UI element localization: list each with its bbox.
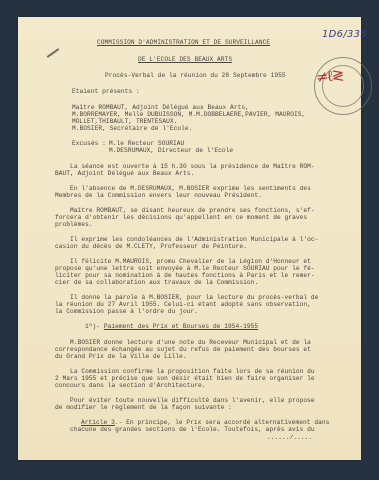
article-label: Article 3 (81, 419, 115, 426)
section-heading: 1º)- Paiement des Prix et Bourses de 195… (85, 324, 258, 331)
header-line-1: COMMISSION D'ADMINISTRATION ET DE SURVEI… (97, 40, 270, 47)
article-text: .- En principe, le Prix sera accordé alt… (115, 419, 330, 426)
excused-line: M.DESRUMAUX, Directeur de l'Ecole (109, 148, 233, 155)
paragraph-line: forcera d'obtenir les décisions qu'appel… (55, 215, 307, 222)
document-page: 1D6/335 ≠ℓ≷ COMMISSION D'ADMINISTRATION … (18, 17, 361, 460)
meeting-subtitle: Procès-Verbal de la réunion du 28 Septem… (105, 73, 286, 80)
page-continuation: ....../..... (267, 435, 312, 442)
excused-label: Excusés : (72, 141, 106, 148)
paragraph-line: casion du décès de M.CLETY, Professeur d… (55, 244, 247, 251)
article-line: chacune des grandes sections de l'Ecole.… (70, 427, 315, 434)
header-line-2: DE L'ECOLE DES BEAUX ARTS (138, 57, 232, 64)
section-title: Paiement des Prix et Bourses de 1954-195… (104, 323, 258, 330)
paragraph-line: BAUT, Adjoint Délégué aux Beaux Arts. (55, 171, 194, 178)
paragraph-line: cier de sa collaboration aux travaux de … (55, 280, 258, 287)
paragraph-line: la Commission passe à l'ordre du jour. (55, 309, 198, 316)
section-number: 1º)- (85, 323, 104, 330)
paragraph-line: de modifier le règlement de la façon sui… (55, 405, 232, 412)
paragraph-line: du Grand Prix de la Ville de Lille. (55, 354, 187, 361)
paragraph-line: Membres de la Commission envers leur nou… (55, 193, 262, 200)
attendee-line: M.BOSIER, Secrétaire de l'Ecole. (72, 126, 192, 133)
ink-smudge (47, 48, 60, 58)
paragraph-line: problèmes. (55, 222, 93, 229)
paragraph-line: concours dans la section d'Architecture. (55, 383, 206, 390)
attendees-label: Etaient présents : (72, 89, 140, 96)
handwritten-signature: ≠ℓ≷ (315, 66, 343, 88)
archive-reference: 1D6/335 (322, 29, 367, 40)
